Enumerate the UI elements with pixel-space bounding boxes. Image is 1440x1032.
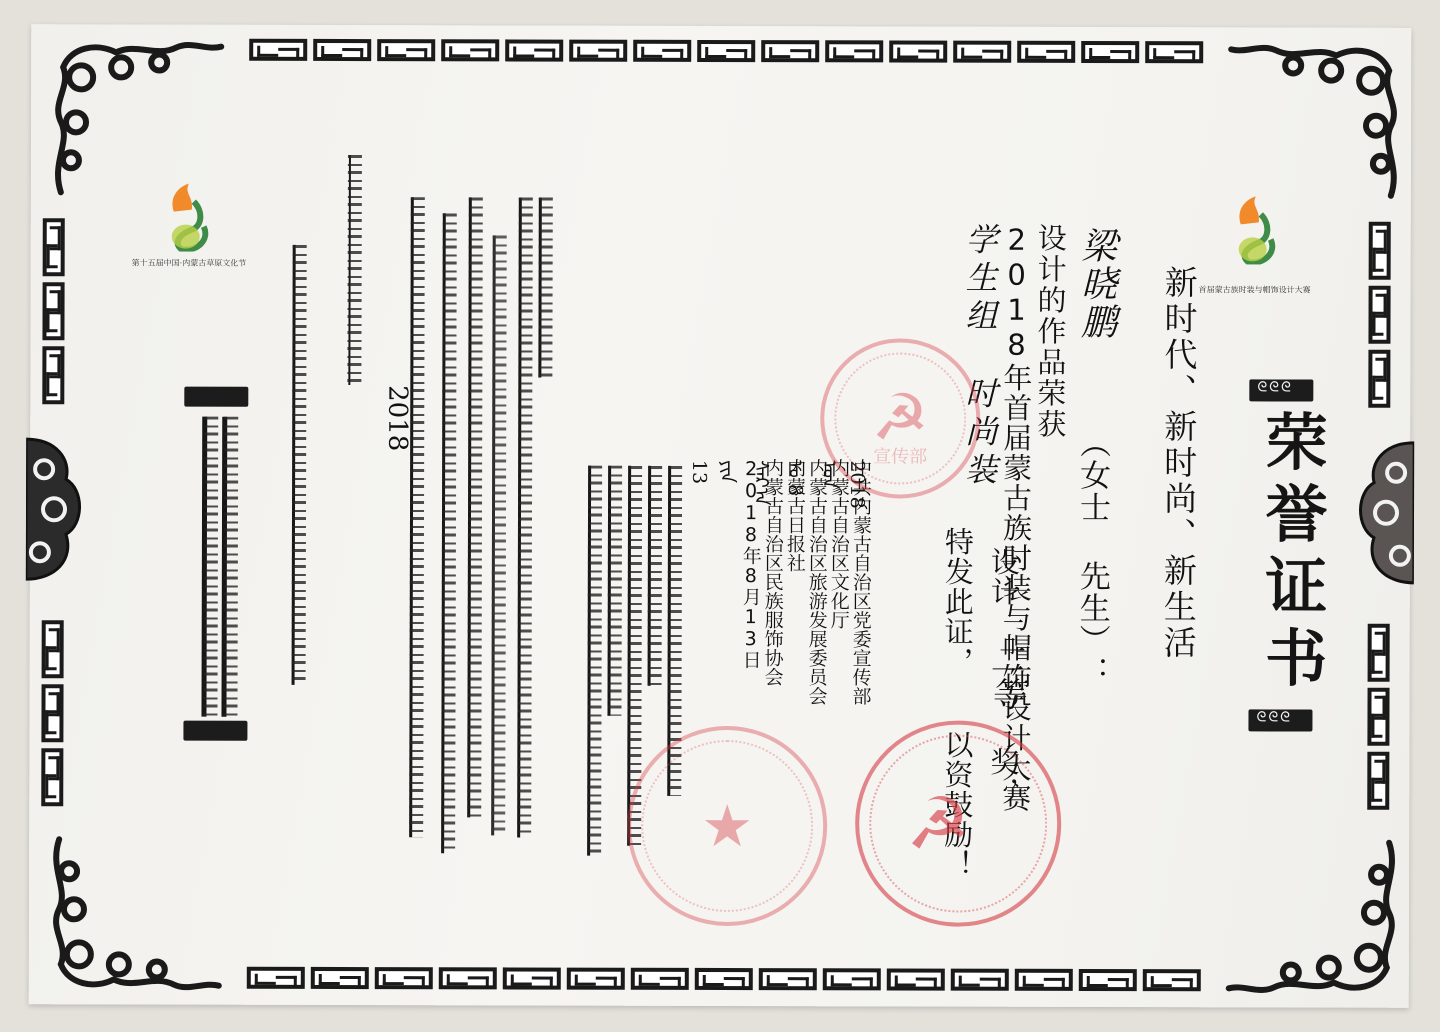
certificate-title-block: 荣誉证书 bbox=[1242, 379, 1327, 729]
recipient-name: 梁晓鹏 bbox=[1070, 227, 1121, 341]
corner-ornament-bottom-right bbox=[1219, 832, 1409, 1002]
top-meander-border bbox=[249, 39, 1203, 63]
event-logo-right: 首届蒙古族时装与帽饰设计大赛 bbox=[1203, 142, 1323, 302]
party-committee-publicity-seal: ☭ 宣传部 bbox=[820, 338, 980, 498]
inner-mongolia-daily-seal: ☭ bbox=[855, 720, 1062, 927]
honorific: （女士 先生）： bbox=[1070, 427, 1116, 688]
right-meander-border-bottom bbox=[1367, 624, 1389, 810]
mongolian-year: 2018 bbox=[382, 385, 412, 451]
cloud-ornament-left bbox=[26, 434, 84, 584]
logo-caption: 首届蒙古族时装与帽饰设计大赛 bbox=[1199, 284, 1311, 295]
corner-ornament-bottom-left bbox=[39, 829, 229, 999]
event-logo-left: 第十五届中国·内蒙古草原文化节 bbox=[136, 129, 256, 289]
certificate-title: 荣誉证书 bbox=[1247, 409, 1337, 697]
award-group: 学生组 bbox=[960, 223, 998, 337]
slogan: 新时代、新时尚、新生活 bbox=[1155, 265, 1203, 661]
right-meander-border-top bbox=[1368, 222, 1390, 408]
title-cap-ornament bbox=[1248, 709, 1312, 731]
seal-label: 宣传部 bbox=[824, 442, 976, 468]
star-icon: ★ bbox=[701, 792, 753, 860]
flame-leaf-logo-icon bbox=[1231, 194, 1279, 264]
hammer-sickle-icon: ☭ bbox=[906, 781, 971, 865]
left-meander-border-top bbox=[42, 218, 64, 404]
logo-caption: 第十五届中国·内蒙古草原文化节 bbox=[132, 257, 247, 268]
bottom-meander-border bbox=[247, 967, 1201, 991]
closing-1: 特发此证， bbox=[941, 527, 975, 677]
left-meander-border-bottom bbox=[41, 620, 63, 806]
certificate-paper: 第十五届中国·内蒙古草原文化节 首届蒙古族时装与帽饰设计大赛 荣誉证书 新时代、… bbox=[29, 24, 1412, 1008]
title-cap-ornament bbox=[1249, 379, 1313, 401]
award-rank: 二等 bbox=[983, 642, 1023, 712]
flame-leaf-logo-icon bbox=[164, 182, 212, 252]
cloud-ornament-right bbox=[1356, 438, 1414, 588]
mongolian-title-block bbox=[179, 387, 254, 747]
ethnic-costume-association-seal: ★ bbox=[627, 726, 828, 927]
award-prefix: 设计 bbox=[987, 547, 1021, 607]
